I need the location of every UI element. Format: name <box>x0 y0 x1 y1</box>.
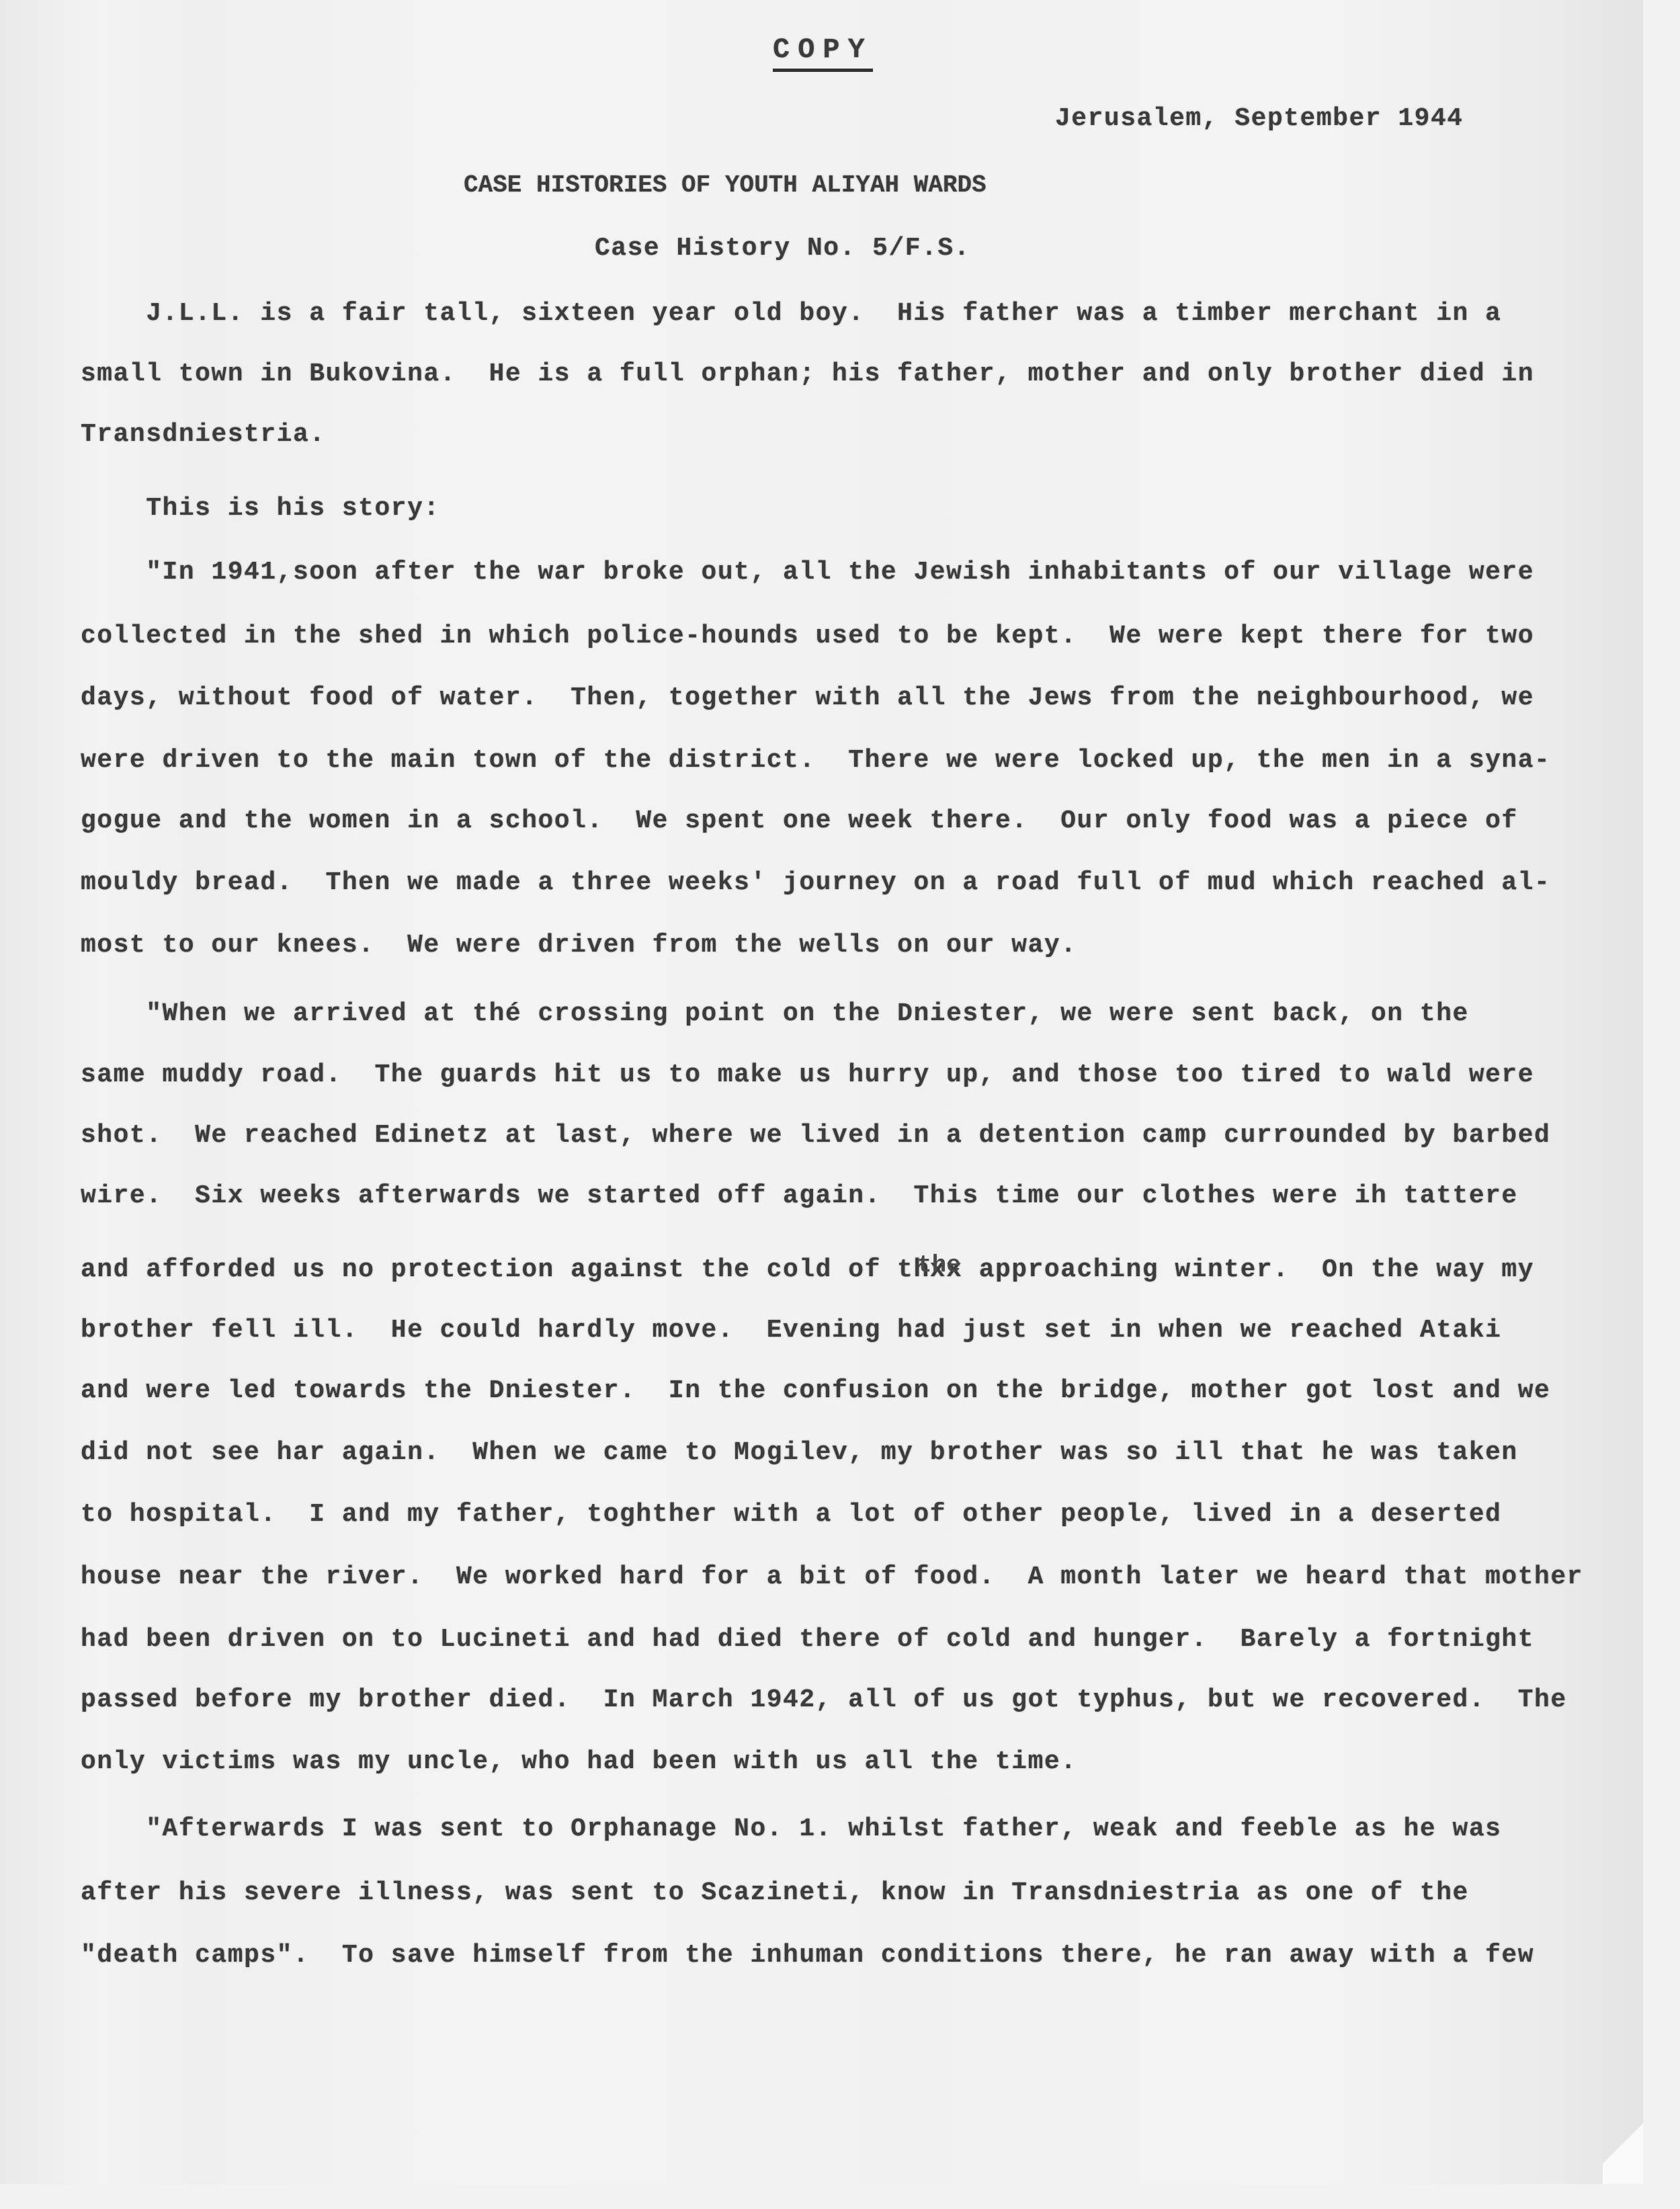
body-line: passed before my brother died. In March … <box>81 1685 1567 1714</box>
body-line: J.L.L. is a fair tall, sixteen year old … <box>81 299 1501 328</box>
body-line: "death camps". To save himself from the … <box>81 1941 1534 1970</box>
copy-label: COPY <box>773 34 873 72</box>
body-line: "When we arrived at thé crossing point o… <box>81 999 1469 1028</box>
body-line: did not see har again. When we came to M… <box>81 1438 1518 1467</box>
body-line: to hospital. I and my father, toghther w… <box>81 1500 1501 1529</box>
dateline: Jerusalem, September 1944 <box>1055 104 1464 133</box>
body-line: This is his story: <box>81 494 440 523</box>
body-line: only victims was my uncle, who had been … <box>81 1747 1077 1776</box>
body-line: same muddy road. The guards hit us to ma… <box>81 1060 1534 1089</box>
interlinear-correction: the <box>917 1251 961 1279</box>
body-line: had been driven on to Lucineti and had d… <box>81 1625 1534 1654</box>
body-line: "Afterwards I was sent to Orphanage No. … <box>81 1815 1501 1843</box>
body-line: Transdniestria. <box>81 420 326 449</box>
body-line: shot. We reached Edinetz at last, where … <box>81 1121 1550 1150</box>
body-line: brother fell ill. He could hardly move. … <box>81 1316 1501 1345</box>
body-line: most to our knees. We were driven from t… <box>81 931 1077 960</box>
body-line: mouldy bread. Then we made a three weeks… <box>81 868 1550 897</box>
body-line: small town in Bukovina. He is a full orp… <box>81 360 1534 388</box>
body-line: after his severe illness, was sent to Sc… <box>81 1878 1469 1907</box>
body-line: collected in the shed in which police-ho… <box>81 622 1534 651</box>
body-line: "In 1941,soon after the war broke out, a… <box>81 558 1534 587</box>
body-line: days, without food of water. Then, toget… <box>81 683 1534 712</box>
body-line: gogue and the women in a school. We spen… <box>81 806 1518 835</box>
document-title: CASE HISTORIES OF YOUTH ALIYAH WARDS <box>464 171 986 199</box>
body-line: and afforded us no protection against th… <box>81 1255 1534 1284</box>
body-line: were driven to the main town of the dist… <box>81 746 1550 775</box>
case-history-number: Case History No. 5/F.S. <box>595 234 970 263</box>
body-line: and were led towards the Dniester. In th… <box>81 1376 1550 1405</box>
typed-document-page: COPY Jerusalem, September 1944 CASE HIST… <box>0 0 1643 2184</box>
body-line: wire. Six weeks afterwards we started of… <box>81 1181 1518 1210</box>
body-line: house near the river. We worked hard for… <box>81 1562 1583 1591</box>
